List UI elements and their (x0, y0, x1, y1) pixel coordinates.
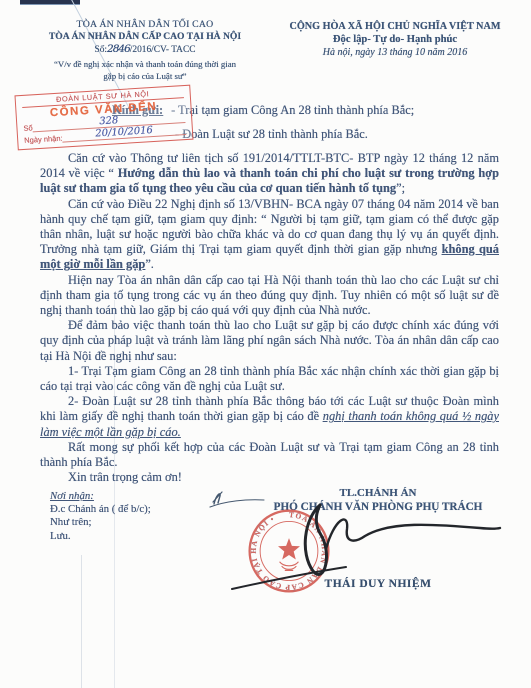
incoming-mail-stamp: ĐOÀN LUẬT SƯ HÀ NỘI CÔNG VĂN ĐẾN Số 328 … (14, 85, 193, 151)
paragraph-purpose: Để đảm bảo việc thanh toán thù lao cho L… (40, 318, 499, 364)
noi-nhan-item: Lưu. (50, 530, 151, 543)
agency-name: TÒA ÁN NHÂN DÂN CẤP CAO TẠI HÀ NỘI (36, 31, 254, 42)
document-page: TÒA ÁN NHÂN DÂN TỐI CAO TÒA ÁN NHÂN DÂN … (0, 0, 531, 688)
noi-nhan-item: Đ.c Chánh án ( để b/c); (50, 503, 151, 516)
document-body: Căn cứ vào Thông tư liên tịch số 191/201… (40, 151, 499, 485)
scan-artifact-line (81, 555, 82, 688)
paragraph-legal-basis-1: Căn cứ vào Thông tư liên tịch số 191/201… (40, 151, 499, 197)
country-name: CỘNG HÒA XÃ HỘI CHỦ NGHĨA VIỆT NAM (266, 21, 524, 32)
document-subject: “V/v đề nghị xác nhận và thanh toán đúng… (36, 58, 254, 82)
copy-recipients-block: Nơi nhận: Đ.c Chánh án ( để b/c); Như tr… (50, 490, 151, 543)
recipient-2: - Đoàn Luật sư 28 tỉnh thành phía Bắc. (175, 127, 512, 142)
stamp-number-label: Số (23, 123, 33, 133)
issuing-authority-block: TÒA ÁN NHÂN DÂN TỐI CAO TÒA ÁN NHÂN DÂN … (36, 19, 254, 82)
noi-nhan-label: Nơi nhận: (50, 490, 151, 503)
document-number: Số:2846/2016/CV- TACC (36, 43, 254, 55)
stamp-date-label: Ngày nhận: (24, 134, 63, 145)
paragraph-request-1: 1- Trại Tạm giam Công an 28 tỉnh thành p… (40, 364, 499, 394)
national-motto: Độc lập- Tự do- Hạnh phúc (266, 34, 524, 45)
handwritten-number: 2846 (107, 43, 130, 55)
paragraph-thanks: Xin trân trọng cảm ơn! (40, 470, 499, 485)
signer-name: THÁI DUY NHIỆM (245, 578, 511, 590)
handwritten-initial-icon (208, 489, 266, 509)
paragraph-legal-basis-2: Căn cứ vào Điều 22 Nghị định số 13/VBHN-… (40, 197, 499, 273)
parent-agency-name: TÒA ÁN NHÂN DÂN TỐI CAO (36, 19, 254, 30)
paragraph-request-2: 2- Đoàn Luật sư 28 tỉnh thành phía Bắc t… (40, 394, 499, 440)
place-date-line: Hà nội, ngày 13 tháng 10 năm 2016 (266, 47, 524, 58)
noi-nhan-item: Như trên; (50, 516, 151, 529)
paragraph-cooperation: Rất mong sự phối kết hợp của các Đoàn Lu… (40, 440, 499, 470)
paragraph-current-situation: Hiện nay Tòa án nhân dân cấp cao tại Hà … (40, 273, 499, 319)
national-header-block: CỘNG HÒA XÃ HỘI CHỦ NGHĨA VIỆT NAM Độc l… (266, 21, 524, 58)
recipient-1: - Trại tạm giam Công An 28 tỉnh thành ph… (171, 103, 414, 117)
